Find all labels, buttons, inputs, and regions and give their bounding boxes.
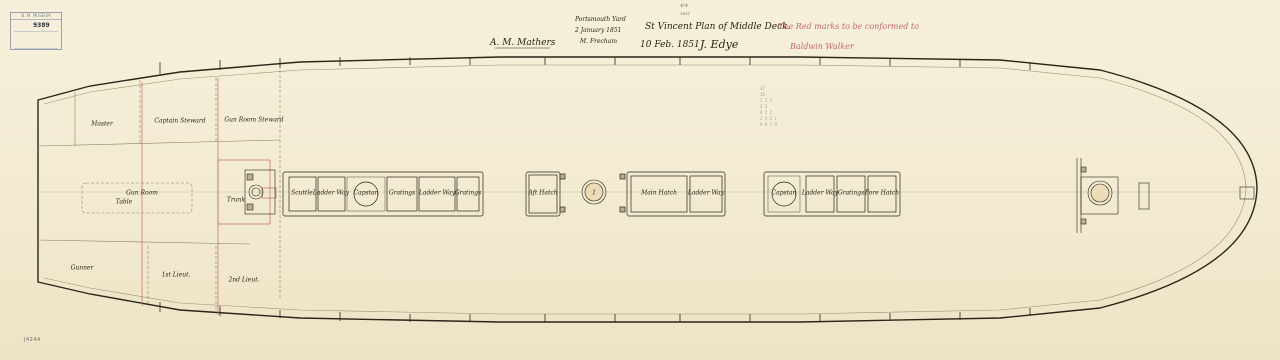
- calc-line: 9 8 2 9: [760, 122, 777, 128]
- date-line: 10 Feb. 1851: [640, 40, 700, 50]
- label-fore-hatch: Fore Hatch: [865, 190, 899, 197]
- label-captain-steward: Captain Steward: [154, 118, 205, 125]
- label-main-hatch: Main Hatch: [641, 190, 677, 197]
- label-gun-room-table: Table: [116, 199, 132, 206]
- label-aft-hatch: Aft Hatch: [528, 190, 557, 197]
- label-gratings-aft-1: Gratings: [389, 190, 415, 197]
- label-gratings-fore: Gratings: [838, 190, 864, 197]
- hull-drawing: [0, 0, 1280, 360]
- folio-mark: 4/4: [680, 3, 688, 9]
- label-trunk: Trunk: [227, 197, 245, 204]
- fore-capstan: [1077, 158, 1254, 233]
- label-main-ladder-way: Ladder Way: [688, 190, 724, 197]
- label-gun-room: Gun Room: [126, 190, 158, 197]
- label-master: Master: [91, 121, 113, 128]
- label-ladder-way-fore: Ladder Way: [802, 190, 838, 197]
- dockyard-note-line1: Portsmouth Yard: [575, 16, 626, 23]
- gunport-marks-top: [160, 57, 1030, 74]
- sub-mark: 1851: [680, 11, 690, 16]
- label-main-capstan: 1: [592, 190, 596, 197]
- dockyard-note-line3: M. Frecham: [580, 38, 617, 45]
- label-ladder-way-aft: Ladder Way: [313, 190, 349, 197]
- label-first-lieutenant: 1st Lieut.: [162, 272, 191, 279]
- label-gratings-aft-2: Gratings: [455, 190, 481, 197]
- red-note: The Red marks to be conformed to: [778, 22, 919, 31]
- signature-edye: J. Edye: [700, 38, 738, 51]
- dockyard-note-line2: 2 January 1851: [575, 27, 621, 34]
- label-ladder-way-aft-2: Ladder Way: [419, 190, 455, 197]
- label-gunner: Gunner: [71, 265, 94, 272]
- label-second-lieutenant: 2nd Lieut.: [228, 277, 259, 284]
- label-scuttle: Scuttle: [291, 190, 313, 197]
- label-capstan-fore: Capstan: [772, 190, 797, 197]
- red-signature: Baldwin Walker: [790, 42, 854, 51]
- label-capstan-aft: Capstan: [354, 190, 379, 197]
- catalogue-number: J4244: [24, 337, 41, 343]
- plan-title: St Vincent Plan of Middle Deck.: [645, 22, 790, 32]
- pencil-calculation: 37 19 2 2 2 2 2 4 2 2 2 9 2 1 9 8 2 9: [760, 86, 777, 128]
- deck-plan-sheet: N. M. MUSEUM 9389: [0, 0, 1280, 360]
- signature-mathers: A. M. Mathers: [490, 38, 555, 48]
- label-gunroom-steward: Gun Room Steward: [224, 117, 283, 124]
